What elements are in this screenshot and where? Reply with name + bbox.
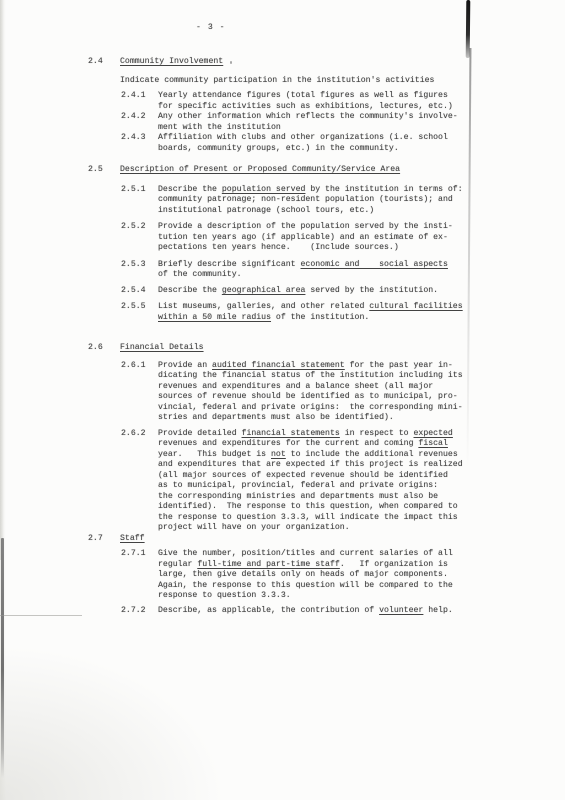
item-2.5.5: 2.5.5List museums, galleries, and other …	[0, 302, 565, 323]
text-line: within a 50 mile radius of the instituti…	[158, 313, 565, 324]
number-label: 2.7.1	[121, 549, 158, 560]
number-label: 2.4.3	[121, 133, 158, 144]
underlined-text: Staff	[120, 534, 145, 543]
text-segment: pectations ten years hence. (Include sou…	[158, 243, 399, 252]
text-segment: response to question 3.3.3.	[158, 591, 291, 600]
text-line: Again, the response to this question wil…	[158, 581, 565, 592]
underlined-text: audited financial statement	[212, 361, 345, 370]
text-segment: Again, the response to this question wil…	[158, 581, 453, 590]
underlined-text: fiscal	[418, 439, 447, 448]
underlined-text: geographical area	[222, 286, 306, 295]
text-segment: and expenditures that are expected if th…	[158, 460, 463, 469]
text-segment: of the community.	[158, 270, 242, 279]
item-2.6.2: 2.6.2Provide detailed financial statemen…	[0, 429, 565, 534]
text-segment: dicating the financial status of the ins…	[158, 371, 463, 380]
text-segment: (all major sources of expected revenue s…	[158, 471, 448, 480]
text-segment: Describe the	[158, 185, 222, 194]
text-line: Any other information which reflects the…	[158, 112, 565, 123]
text-segment: Give the number, position/titles and cur…	[158, 549, 453, 558]
text-segment: vincial, federal and private origins: th…	[158, 403, 463, 412]
text-line: Describe the population served by the in…	[158, 185, 565, 196]
text-segment: community patronage; non-resident popula…	[158, 195, 453, 204]
number-label: 2.6	[88, 343, 120, 354]
text-segment: as to municipal, provincial, federal and…	[158, 481, 438, 490]
item-2.6.1: 2.6.1Provide an audited financial statem…	[0, 361, 565, 424]
text-block: Affiliation with clubs and other organiz…	[158, 133, 565, 154]
text-line: boards, community groups, etc.) in the c…	[158, 144, 565, 155]
text-segment: Indicate community participation in the …	[120, 76, 434, 85]
text-block: Describe the population served by the in…	[158, 185, 565, 217]
number-label: 2.5.1	[121, 185, 158, 196]
number-label: 2.5.2	[121, 222, 158, 233]
underlined-text: economic and social aspects	[301, 260, 448, 269]
text-segment: the corresponding ministries and departm…	[158, 492, 438, 501]
heading-2.5: 2.5Description of Present or Proposed Co…	[0, 165, 565, 176]
left-edge-scan-band	[0, 0, 4, 560]
text-line: (all major sources of expected revenue s…	[158, 471, 565, 482]
text-segment: to include the additional revenues	[286, 450, 458, 459]
underlined-text: within a 50 mile radius	[158, 313, 271, 322]
text-segment: by the institution in terms of:	[305, 185, 462, 194]
text-line: Community Involvement	[120, 57, 565, 68]
text-line: for specific activities such as exhibiti…	[158, 102, 565, 113]
underlined-text: cultural facilities	[369, 302, 462, 311]
text-line: stries and departments must also be iden…	[158, 413, 565, 424]
text-segment: served by the institution.	[305, 286, 438, 295]
text-segment: Provide a description of the population …	[158, 222, 453, 231]
text-segment: Any other information which reflects the…	[158, 112, 458, 121]
text-segment: institutional patronage (school tours, e…	[158, 206, 374, 215]
text-line: Affiliation with clubs and other organiz…	[158, 133, 565, 144]
page-number: - 3 -	[196, 23, 226, 34]
text-line: vincial, federal and private origins: th…	[158, 403, 565, 414]
text-segment: Provide an	[158, 361, 212, 370]
number-label: 2.5.4	[121, 286, 158, 297]
text-line: response to question 3.3.3.	[158, 591, 565, 602]
text-segment: Briefly describe significant	[158, 260, 301, 269]
text-segment: project will have on your organization.	[158, 523, 350, 532]
underlined-text: Financial Details	[120, 343, 204, 352]
underlined-text: Description of Present or Proposed Commu…	[120, 165, 400, 174]
text-segment: in respect to	[340, 429, 414, 438]
text-block: Provide an audited financial statement f…	[158, 361, 565, 424]
text-block: Describe the geographical area served by…	[158, 286, 565, 297]
number-label: 2.5	[88, 165, 120, 176]
text-segment: Affiliation with clubs and other organiz…	[158, 133, 448, 142]
text-block: Community Involvement	[120, 57, 565, 68]
item-2.7.1: 2.7.1Give the number, position/titles an…	[0, 549, 565, 602]
text-segment: List museums, galleries, and other relat…	[158, 302, 369, 311]
text-line: revenues and expenditures and a balance …	[158, 382, 565, 393]
text-line: Financial Details	[120, 343, 565, 354]
text-line: Provide a description of the population …	[158, 222, 565, 233]
text-line: year. This budget is not to include the …	[158, 450, 565, 461]
underlined-text: not	[271, 450, 286, 459]
heading-2.4: 2.4Community Involvement	[0, 57, 565, 68]
text-line: the response to question 3.3.3, will ind…	[158, 513, 565, 524]
heading-2.6: 2.6Financial Details	[0, 343, 565, 354]
text-line: as to municipal, provincial, federal and…	[158, 481, 565, 492]
text-block: Description of Present or Proposed Commu…	[120, 165, 565, 176]
underlined-text: Community Involvement	[120, 57, 223, 66]
text-segment: . If organization is	[340, 560, 448, 569]
document-body: 2.4Community InvolvementIndicate communi…	[0, 57, 565, 616]
text-segment: the response to question 3.3.3, will ind…	[158, 513, 458, 522]
text-line: of the community.	[158, 270, 565, 281]
text-block: Describe, as applicable, the contributio…	[158, 606, 565, 617]
underlined-text: volunteer	[379, 606, 423, 615]
text-line: Description of Present or Proposed Commu…	[120, 165, 565, 176]
text-segment: large, then give details only on heads o…	[158, 570, 448, 579]
text-segment: ment with the institution	[158, 123, 281, 132]
text-line: Staff	[120, 534, 565, 545]
underlined-text: expected	[414, 429, 453, 438]
number-label: 2.4.2	[121, 112, 158, 123]
text-line: regular full-time and part-time staff. I…	[158, 560, 565, 571]
text-line: Describe the geographical area served by…	[158, 286, 565, 297]
horizontal-fold-line	[0, 615, 82, 616]
number-label: 2.5.5	[121, 302, 158, 313]
text-line: Briefly describe significant economic an…	[158, 260, 565, 271]
text-line: List museums, galleries, and other relat…	[158, 302, 565, 313]
text-segment: Describe, as applicable, the contributio…	[158, 606, 379, 615]
text-segment: revenues and expenditures and a balance …	[158, 382, 433, 391]
text-line: project will have on your organization.	[158, 523, 565, 534]
text-segment: year. This budget is	[158, 450, 271, 459]
stray-ink-dot	[230, 61, 232, 64]
number-label: 2.4.1	[121, 91, 158, 102]
text-segment: for the past year in-	[345, 361, 453, 370]
text-segment: regular	[158, 560, 197, 569]
text-segment: Provide detailed	[158, 429, 242, 438]
text-line: dicating the financial status of the ins…	[158, 371, 565, 382]
number-label: 2.6.1	[121, 361, 158, 372]
text-line: institutional patronage (school tours, e…	[158, 206, 565, 217]
paragraph: Indicate community participation in the …	[0, 76, 565, 87]
text-line: Give the number, position/titles and cur…	[158, 549, 565, 560]
text-block: Any other information which reflects the…	[158, 112, 565, 133]
item-2.4.3: 2.4.3Affiliation with clubs and other or…	[0, 133, 565, 154]
item-2.5.3: 2.5.3Briefly describe significant econom…	[0, 260, 565, 281]
text-line: Describe, as applicable, the contributio…	[158, 606, 565, 617]
text-block: Give the number, position/titles and cur…	[158, 549, 565, 602]
text-segment: tution ten years ago (if applicable) and…	[158, 233, 448, 242]
text-block: Yearly attendance figures (total figures…	[158, 91, 565, 112]
text-block: Provide detailed financial statements in…	[158, 429, 565, 534]
text-line: the corresponding ministries and departm…	[158, 492, 565, 503]
item-2.4.1: 2.4.1Yearly attendance figures (total fi…	[0, 91, 565, 112]
text-line: tution ten years ago (if applicable) and…	[158, 233, 565, 244]
text-line: community patronage; non-resident popula…	[158, 195, 565, 206]
underlined-text: population served	[222, 185, 306, 194]
text-block: Staff	[120, 534, 565, 545]
item-2.4.2: 2.4.2Any other information which reflect…	[0, 112, 565, 133]
left-edge-shadow-line	[1, 538, 4, 778]
text-line: identified). The response to this questi…	[158, 502, 565, 513]
item-2.5.2: 2.5.2Provide a description of the popula…	[0, 222, 565, 254]
text-block: Briefly describe significant economic an…	[158, 260, 565, 281]
text-line: ment with the institution	[158, 123, 565, 134]
text-segment: identified). The response to this questi…	[158, 502, 458, 511]
text-line: revenues and expenditures for the curren…	[158, 439, 565, 450]
number-label: 2.4	[88, 57, 120, 68]
text-block: Provide a description of the population …	[158, 222, 565, 254]
underlined-text: full-time and part-time staff	[197, 560, 340, 569]
text-line: Provide an audited financial statement f…	[158, 361, 565, 372]
text-segment: of the institution.	[271, 313, 369, 322]
text-line: large, then give details only on heads o…	[158, 570, 565, 581]
text-block: Indicate community participation in the …	[120, 76, 565, 87]
text-segment: for specific activities such as exhibiti…	[158, 102, 453, 111]
item-2.7.2: 2.7.2Describe, as applicable, the contri…	[0, 606, 565, 617]
text-block: List museums, galleries, and other relat…	[158, 302, 565, 323]
text-segment: boards, community groups, etc.) in the c…	[158, 144, 399, 153]
text-segment: help.	[423, 606, 452, 615]
text-segment: revenues and expenditures for the curren…	[158, 439, 418, 448]
item-2.5.4: 2.5.4Describe the geographical area serv…	[0, 286, 565, 297]
text-line: Provide detailed financial statements in…	[158, 429, 565, 440]
text-line: Indicate community participation in the …	[120, 76, 565, 87]
underlined-text: financial statements	[242, 429, 340, 438]
text-line: sources of revenue should be identified …	[158, 392, 565, 403]
text-segment: sources of revenue should be identified …	[158, 392, 458, 401]
number-label: 2.7	[88, 534, 120, 545]
number-label: 2.6.2	[121, 429, 158, 440]
text-line: and expenditures that are expected if th…	[158, 460, 565, 471]
text-line: pectations ten years hence. (Include sou…	[158, 243, 565, 254]
text-line: Yearly attendance figures (total figures…	[158, 91, 565, 102]
number-label: 2.7.2	[121, 606, 158, 617]
text-block: Financial Details	[120, 343, 565, 354]
text-segment: stries and departments must also be iden…	[158, 413, 394, 422]
text-segment: Yearly attendance figures (total figures…	[158, 91, 448, 100]
heading-2.7: 2.7Staff	[0, 534, 565, 545]
text-segment: Describe the	[158, 286, 222, 295]
item-2.5.1: 2.5.1Describe the population served by t…	[0, 185, 565, 217]
scanned-page: - 3 - 2.4Community InvolvementIndicate c…	[0, 0, 565, 800]
number-label: 2.5.3	[121, 260, 158, 271]
